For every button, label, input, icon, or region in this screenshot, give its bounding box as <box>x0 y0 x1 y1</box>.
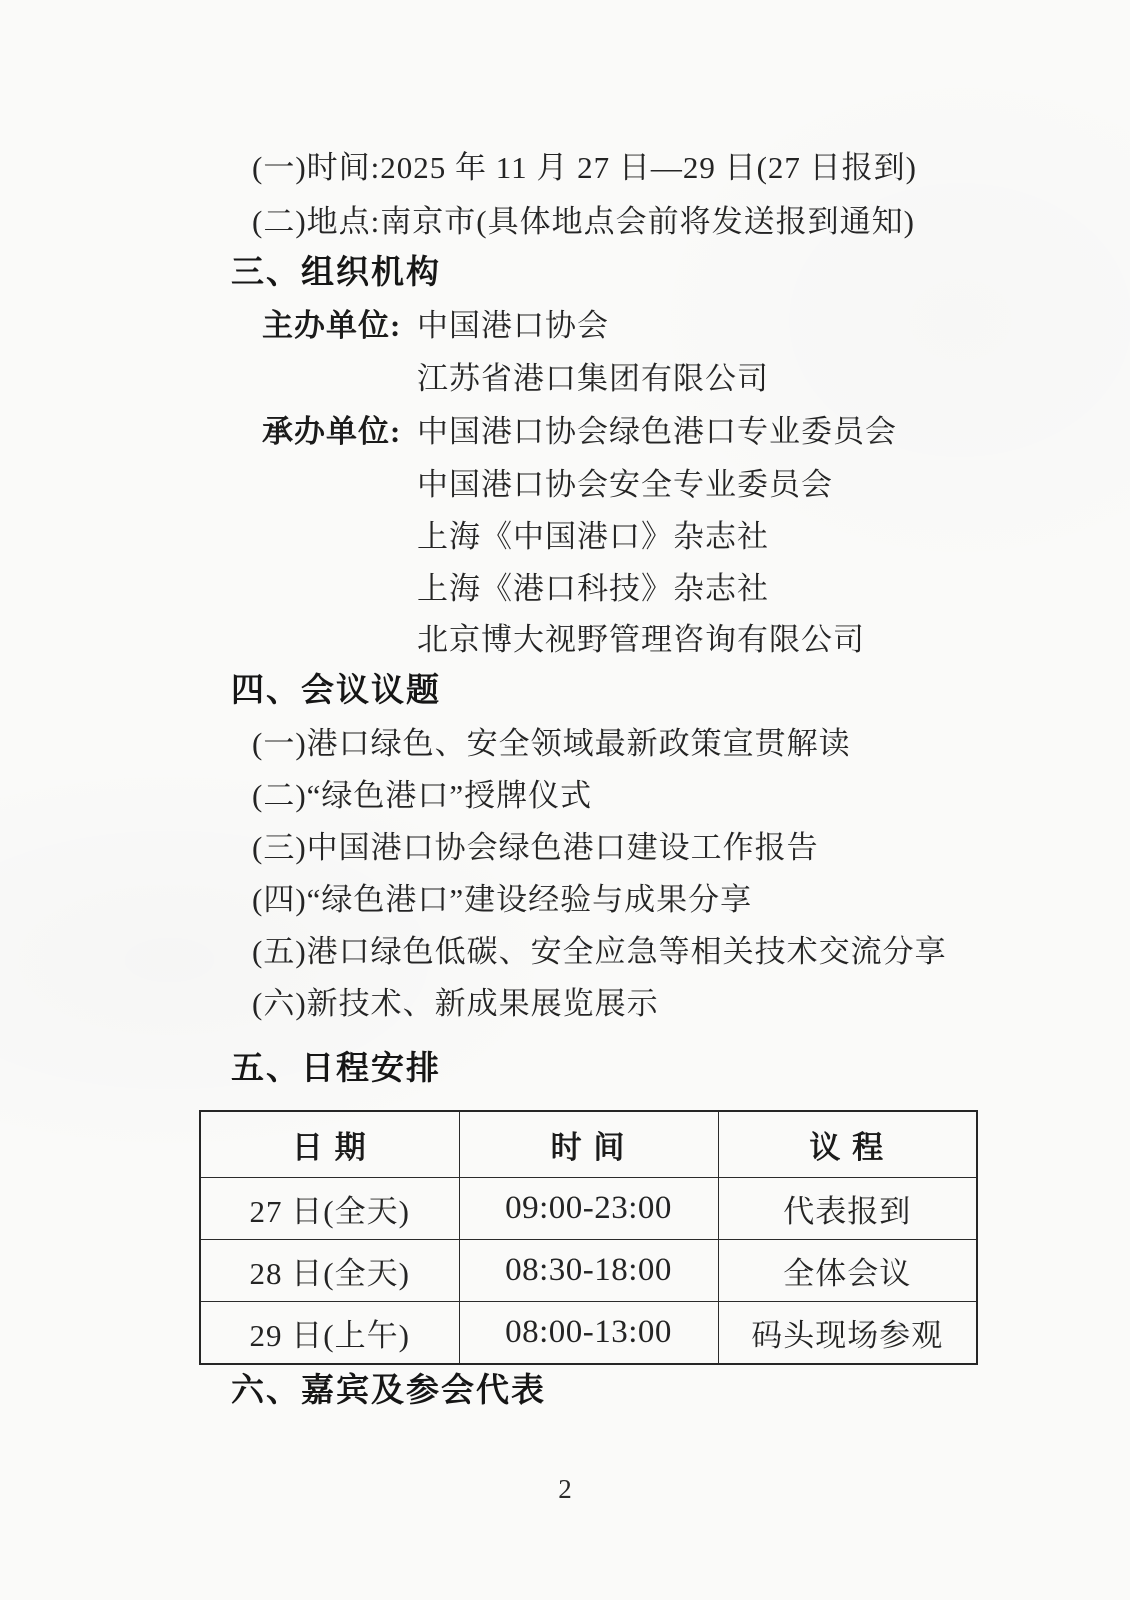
schedule-header-row: 日 期 时 间 议 程 <box>200 1111 977 1178</box>
host-unit-label: 主办单位: <box>262 299 417 353</box>
section-heading-topics: 四、会议议题 <box>231 666 441 714</box>
topic-item-4: (四)“绿色港口”建设经验与成果分享 <box>252 873 752 927</box>
organizer-unit-0: 中国港口协会绿色港口专业委员会 <box>417 414 897 449</box>
organizer-unit-line: 中国港口协会安全专业委员会 <box>262 458 833 512</box>
organizer-unit-1: 中国港口协会安全专业委员会 <box>417 467 833 502</box>
table-row: 29 日(上午) 08:00-13:00 码头现场参观 <box>200 1302 977 1365</box>
schedule-time-cell: 08:30-18:00 <box>459 1240 718 1302</box>
schedule-agenda-cell: 全体会议 <box>718 1240 977 1302</box>
schedule-table: 日 期 时 间 议 程 27 日(全天) 09:00-23:00 代表报到 28… <box>199 1110 978 1365</box>
schedule-date-cell: 29 日(上午) <box>200 1302 459 1365</box>
section-heading-guests: 六、嘉宾及参会代表 <box>231 1366 546 1414</box>
schedule-date-cell: 27 日(全天) <box>200 1178 459 1240</box>
schedule-col-time: 时 间 <box>459 1111 718 1178</box>
section-heading-schedule: 五、日程安排 <box>231 1044 441 1092</box>
schedule-agenda-cell: 码头现场参观 <box>718 1302 977 1365</box>
host-unit-0: 中国港口协会 <box>417 308 609 343</box>
organizer-unit-4: 北京博大视野管理咨询有限公司 <box>417 622 865 657</box>
organizer-unit-line: 北京博大视野管理咨询有限公司 <box>262 613 865 667</box>
organizer-unit-line: 承办单位:中国港口协会绿色港口专业委员会 <box>262 405 897 459</box>
page-number: 2 <box>0 1474 1130 1505</box>
host-unit-1: 江苏省港口集团有限公司 <box>417 361 769 396</box>
topic-item-3: (三)中国港口协会绿色港口建设工作报告 <box>252 821 819 875</box>
topic-item-1: (一)港口绿色、安全领域最新政策宣贯解读 <box>252 717 851 771</box>
organizer-unit-line: 上海《港口科技》杂志社 <box>262 562 769 616</box>
meeting-time-line: (一)时间:2025 年 11 月 27 日—29 日(27 日报到) <box>252 141 917 195</box>
table-row: 27 日(全天) 09:00-23:00 代表报到 <box>200 1178 977 1240</box>
schedule-time-cell: 09:00-23:00 <box>459 1178 718 1240</box>
host-unit-line: 主办单位:中国港口协会 <box>262 299 609 353</box>
schedule-col-date: 日 期 <box>200 1111 459 1178</box>
topic-item-6: (六)新技术、新成果展览展示 <box>252 977 659 1031</box>
schedule-time-cell: 08:00-13:00 <box>459 1302 718 1365</box>
schedule-col-agenda: 议 程 <box>718 1111 977 1178</box>
document-page: (一)时间:2025 年 11 月 27 日—29 日(27 日报到) (二)地… <box>0 0 1130 1600</box>
topic-item-2: (二)“绿色港口”授牌仪式 <box>252 769 592 823</box>
organizer-unit-3: 上海《港口科技》杂志社 <box>417 571 769 606</box>
meeting-place-line: (二)地点:南京市(具体地点会前将发送报到通知) <box>252 195 915 249</box>
organizer-unit-label: 承办单位: <box>262 405 417 459</box>
schedule-agenda-cell: 代表报到 <box>718 1178 977 1240</box>
section-heading-organization: 三、组织机构 <box>231 248 441 296</box>
organizer-unit-2: 上海《中国港口》杂志社 <box>417 519 769 554</box>
schedule-date-cell: 28 日(全天) <box>200 1240 459 1302</box>
host-unit-line: 江苏省港口集团有限公司 <box>262 352 769 406</box>
table-row: 28 日(全天) 08:30-18:00 全体会议 <box>200 1240 977 1302</box>
topic-item-5: (五)港口绿色低碳、安全应急等相关技术交流分享 <box>252 925 947 979</box>
organizer-unit-line: 上海《中国港口》杂志社 <box>262 510 769 564</box>
